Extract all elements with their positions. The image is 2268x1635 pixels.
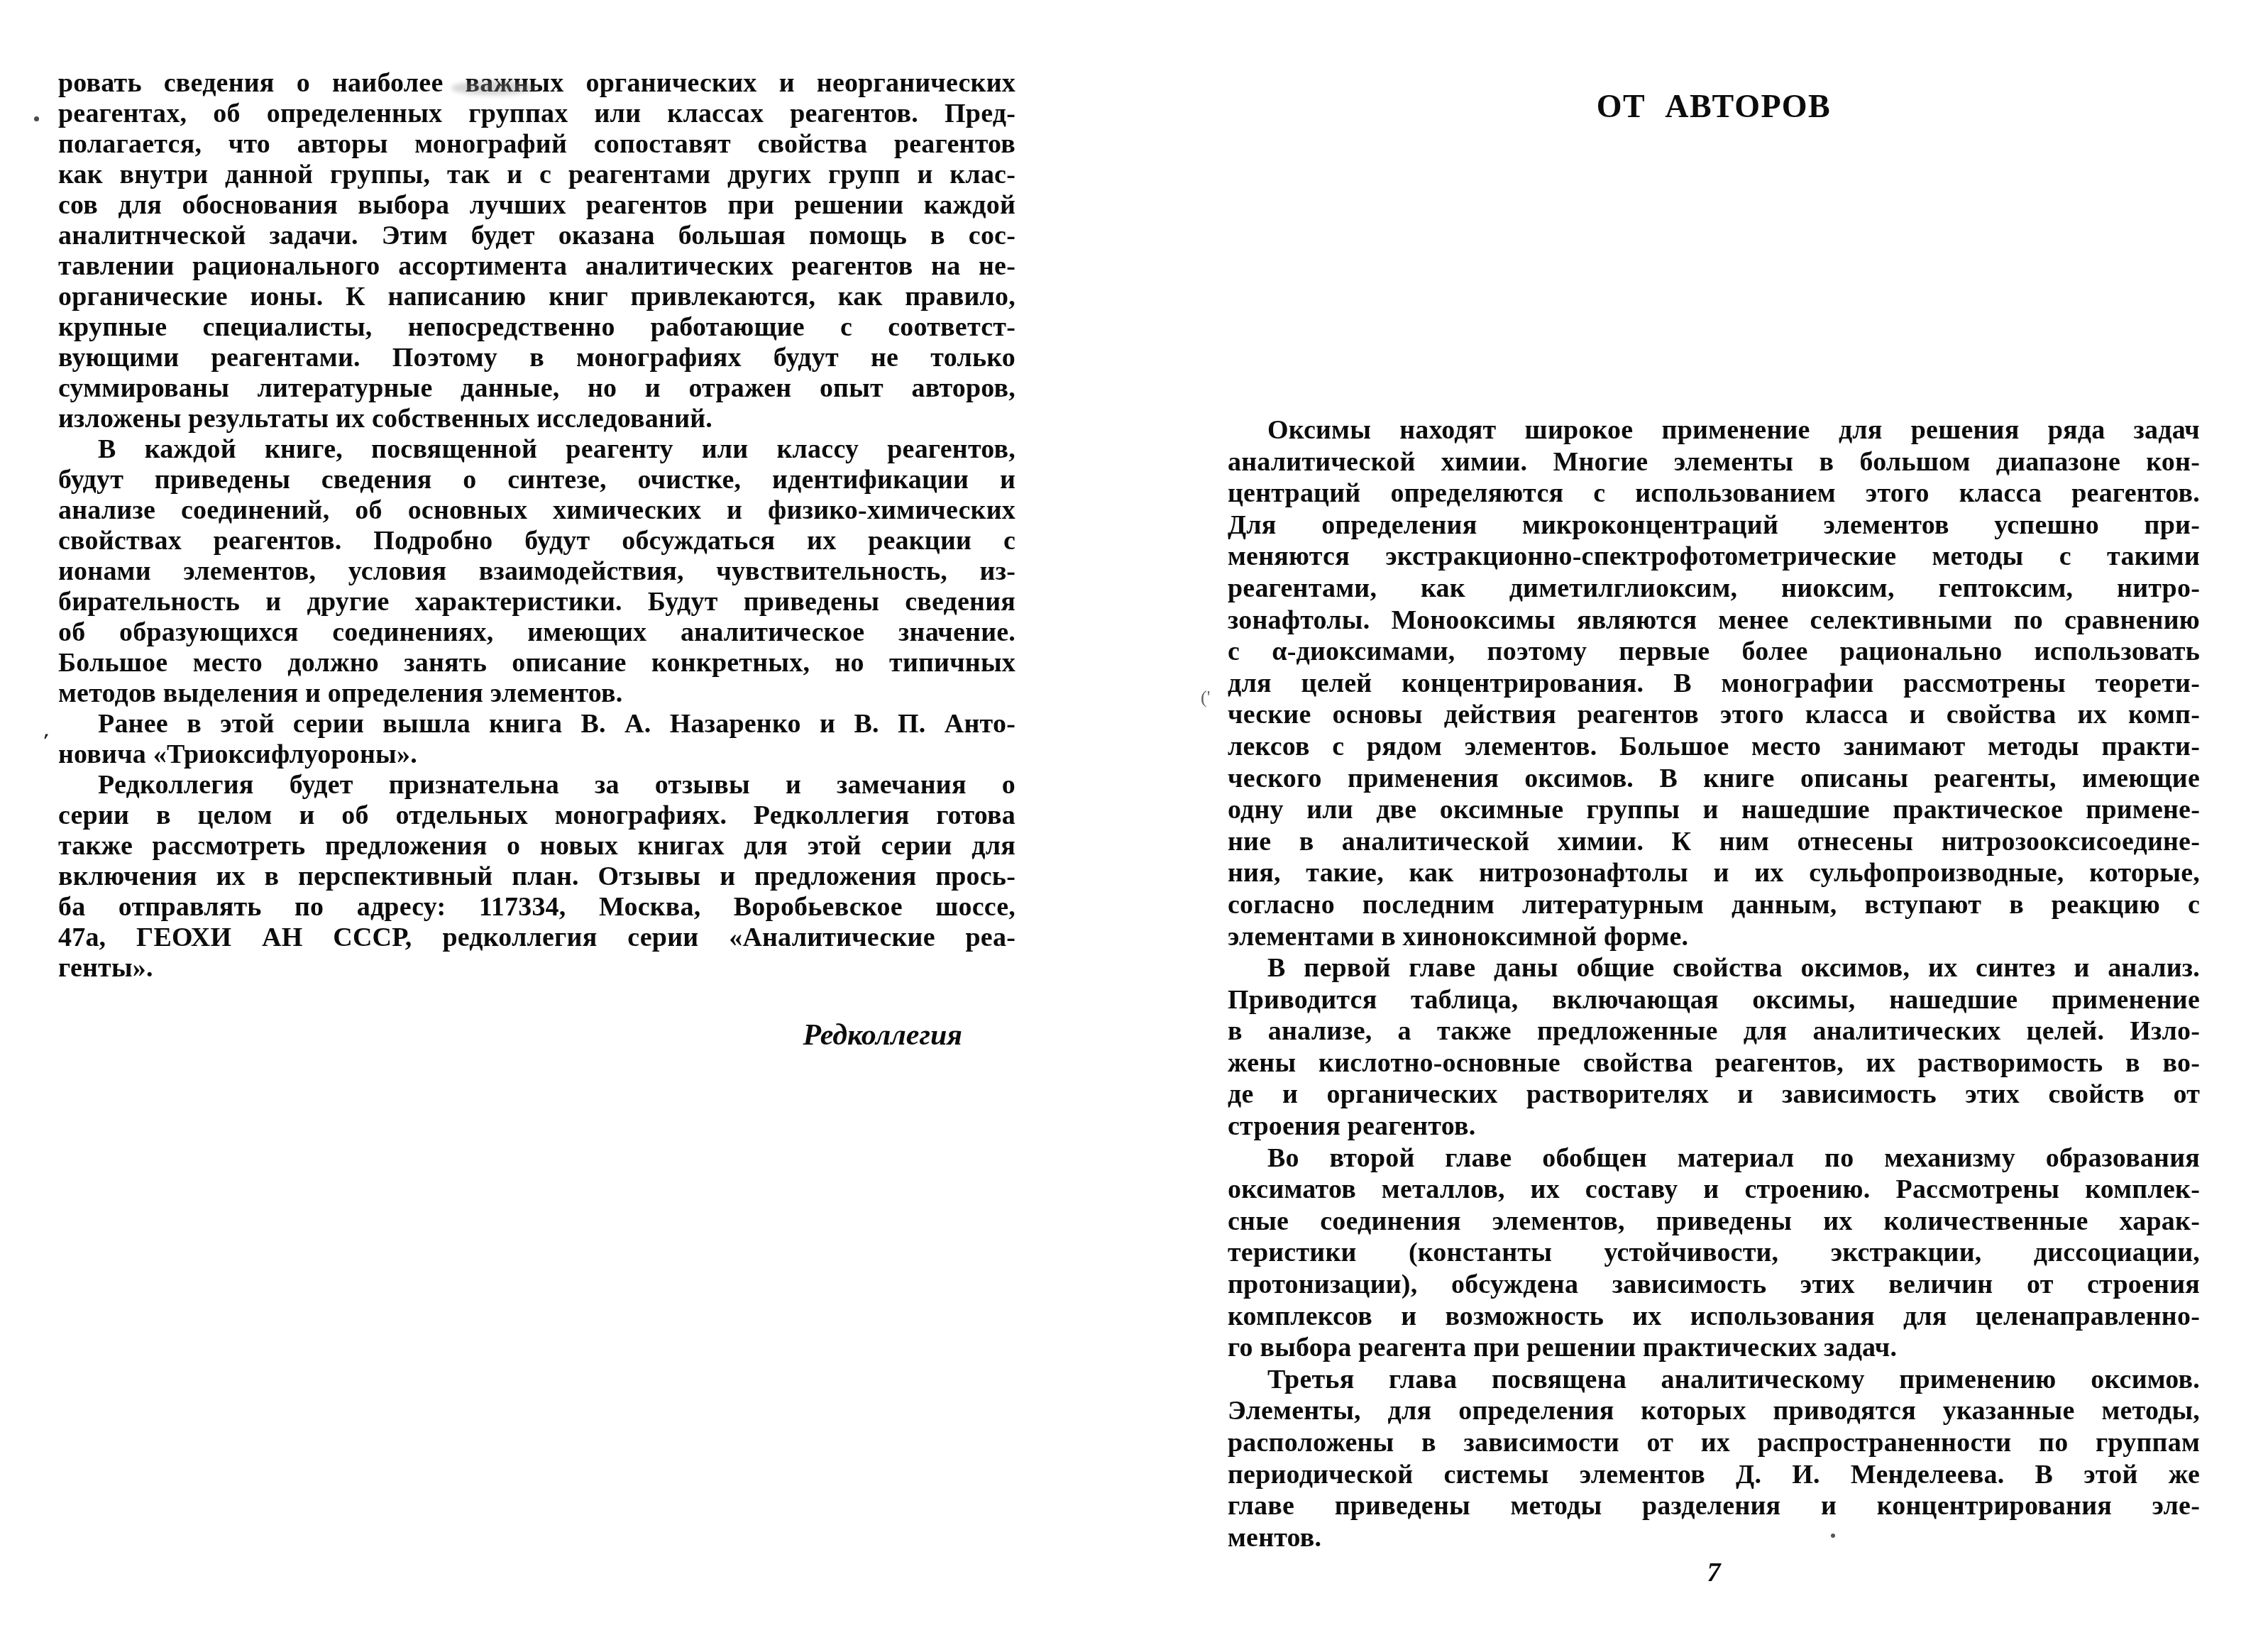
- text-line: В первой главе даны общие свойства оксим…: [1228, 952, 2200, 984]
- text-line: новича «Триоксифлуороны».: [58, 739, 1015, 770]
- text-line: сов для обоснования выбора лучших реаген…: [58, 190, 1015, 221]
- text-line: Приводится таблица, включающая оксимы, н…: [1228, 984, 2200, 1016]
- text-line: строения реагентов.: [1228, 1111, 2200, 1143]
- text-line: ионами элементов, условия взаимодействия…: [58, 556, 1015, 587]
- text-line: В каждой книге, посвященной реагенту или…: [58, 434, 1015, 465]
- text-line: включения их в перспективный план. Отзыв…: [58, 861, 1015, 892]
- chapter-heading: ОТ АВТОРОВ: [1228, 89, 2200, 125]
- text-line: Во второй главе обобщен материал по меха…: [1228, 1143, 2200, 1174]
- text-line: ния, такие, как нитрозонафтолы и их суль…: [1228, 857, 2200, 889]
- text-line: тавлении рационального ассортимента анал…: [58, 251, 1015, 282]
- text-line: полагается, что авторы монографий сопост…: [58, 129, 1015, 160]
- text-line: анализе соединений, об основных химическ…: [58, 495, 1015, 526]
- text-line: ба отправлять по адресу: 117334, Москва,…: [58, 892, 1015, 923]
- text-line: меняются экстракционно-спектрофотометрич…: [1228, 541, 2200, 573]
- text-line: бирательность и другие характеристики. Б…: [58, 587, 1015, 617]
- text-line: одну или две оксимные группы и нашедшие …: [1228, 794, 2200, 826]
- text-line: также рассмотреть предложения о новых кн…: [58, 831, 1015, 861]
- text-line: аналитнческой задачи. Этим будет оказана…: [58, 221, 1015, 251]
- text-line: реагентами, как диметилглиоксим, ниоксим…: [1228, 573, 2200, 605]
- text-line: элементами в хиноноксимной форме.: [1228, 921, 2200, 953]
- text-line: жены кислотно-основные свойства реагенто…: [1228, 1047, 2200, 1079]
- scan-speck: [34, 116, 39, 121]
- text-line: 47а, ГЕОХИ АН СССР, редколлегия серии «А…: [58, 923, 1015, 953]
- text-line: ровать сведения о наиболее важных органи…: [58, 68, 1015, 99]
- text-line: для целей концентрирования. В монографии…: [1228, 668, 2200, 700]
- text-line: методов выделения и определения элементо…: [58, 678, 1015, 709]
- text-line: Для определения микроконцентраций элемен…: [1228, 510, 2200, 541]
- text-line: лексов с рядом элементов. Большое место …: [1228, 731, 2200, 763]
- text-line: периодической системы элементов Д. И. Ме…: [1228, 1459, 2200, 1491]
- text-line: де и органических растворителях и зависи…: [1228, 1079, 2200, 1111]
- text-line: с α-диоксимами, поэтому первые более рац…: [1228, 636, 2200, 668]
- text-line: сные соединения элементов, приведены их …: [1228, 1206, 2200, 1238]
- text-line: Ранее в этой серии вышла книга В. А. Наз…: [58, 709, 1015, 739]
- text-line: комплексов и возможность их использовани…: [1228, 1301, 2200, 1333]
- text-line: зонафтолы. Монооксимы являются менее сел…: [1228, 605, 2200, 637]
- text-line: вующими реагентами. Поэтому в монография…: [58, 343, 1015, 373]
- text-line: Большое место должно занять описание кон…: [58, 648, 1015, 678]
- text-line: расположены в зависимости от их распрост…: [1228, 1427, 2200, 1459]
- text-line: протонизации), обсуждена зависимость эти…: [1228, 1269, 2200, 1301]
- text-line: Редколлегия будет признательна за отзывы…: [58, 770, 1015, 800]
- text-line: ментов.: [1228, 1522, 2200, 1554]
- text-line: ние в аналитической химии. К ним отнесен…: [1228, 826, 2200, 858]
- text-line: в анализе, а также предложенные для анал…: [1228, 1015, 2200, 1047]
- text-line: серии в целом и об отдельных монографиях…: [58, 800, 1015, 831]
- text-line: теристики (константы устойчивости, экстр…: [1228, 1237, 2200, 1269]
- text-line: изложены результаты их собственных иссле…: [58, 404, 1015, 434]
- text-line: го выбора реагента при решении практичес…: [1228, 1332, 2200, 1364]
- text-line: реагентах, об определенных группах или к…: [58, 99, 1015, 129]
- text-line: будут приведены сведения о синтезе, очис…: [58, 465, 1015, 495]
- text-line: свойствах реагентов. Подробно будут обсу…: [58, 526, 1015, 556]
- text-line: органические ионы. К написанию книг прив…: [58, 282, 1015, 312]
- text-line: крупные специалисты, непосредственно раб…: [58, 312, 1015, 343]
- left-page-text: ровать сведения о наиболее важных органи…: [58, 68, 1015, 984]
- text-line: аналитической химии. Многие элементы в б…: [1228, 446, 2200, 478]
- scan-margin-mark: (': [1201, 687, 1210, 708]
- text-line: генты».: [58, 953, 1015, 984]
- scan-stray-mark: ʹ: [41, 730, 50, 754]
- text-line: Элементы, для определения которых привод…: [1228, 1395, 2200, 1427]
- text-line: согласно последним литературным данным, …: [1228, 889, 2200, 921]
- page-number: 7: [1228, 1558, 2200, 1588]
- text-line: как внутри данной группы, так и с реаген…: [58, 160, 1015, 190]
- text-line: оксиматов металлов, их составу и строени…: [1228, 1174, 2200, 1206]
- editorial-board-signature: Редколлегия: [58, 1019, 1015, 1052]
- book-spread-scan: ровать сведения о наиболее важных органи…: [0, 0, 2268, 1635]
- text-line: об образующихся соединениях, имеющих ана…: [58, 617, 1015, 648]
- text-line: центраций определяются с использованием …: [1228, 478, 2200, 510]
- text-line: Оксимы находят широкое применение для ре…: [1228, 414, 2200, 446]
- right-page-text: Оксимы находят широкое применение для ре…: [1228, 414, 2200, 1553]
- text-line: суммированы литературные данные, но и от…: [58, 373, 1015, 404]
- text-line: главе приведены методы разделения и конц…: [1228, 1490, 2200, 1522]
- text-line: ческого применения оксимов. В книге опис…: [1228, 763, 2200, 795]
- text-line: ческие основы действия реагентов этого к…: [1228, 699, 2200, 731]
- text-line: Третья глава посвящена аналитическому пр…: [1228, 1364, 2200, 1396]
